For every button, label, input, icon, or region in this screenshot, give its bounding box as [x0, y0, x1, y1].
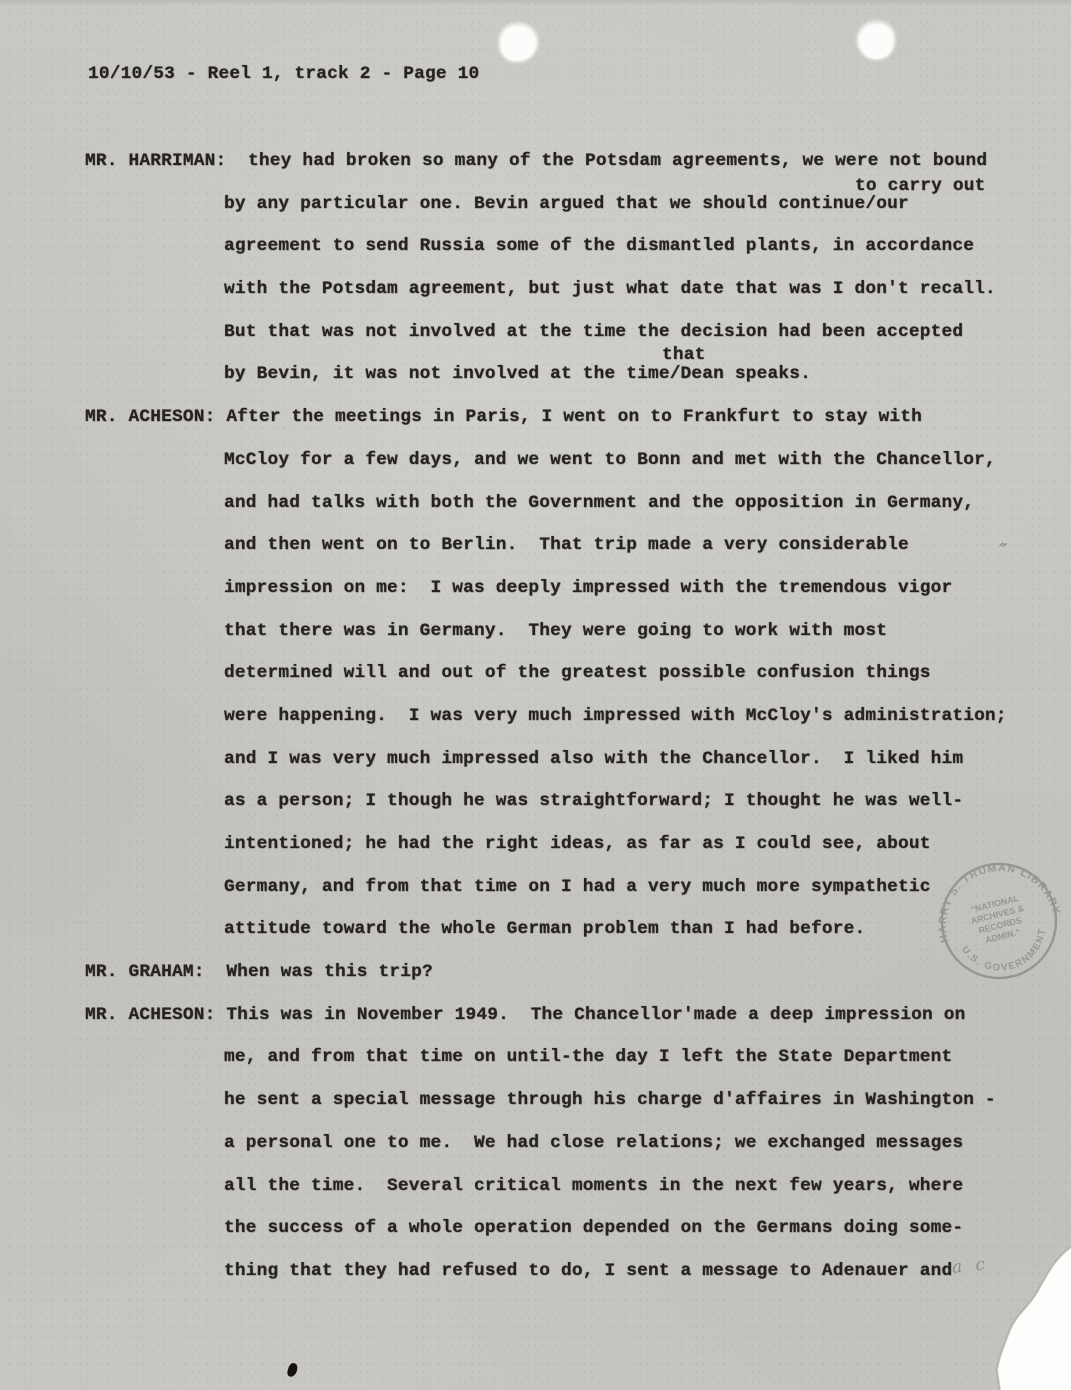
transcript-line: determined will and out of the greatest … — [85, 652, 1045, 695]
transcript-line: with the Potsdam agreement, but just wha… — [85, 268, 1045, 311]
transcript-line: as a person; I though he was straightfor… — [85, 780, 1045, 823]
transcript-line: that there was in Germany. They were goi… — [85, 610, 1045, 653]
typed-insertion-to-carry-out: to carry out — [855, 176, 985, 196]
typed-insertion-that: that — [662, 345, 705, 365]
torn-corner — [871, 1090, 1071, 1390]
transcript-line-speaker: MR. ACHESON: After the meetings in Paris… — [85, 396, 1045, 439]
ink-dot — [286, 1362, 299, 1378]
transcript-line: by Bevin, it was not involved at the tim… — [85, 353, 1045, 396]
transcript-line: attitude toward the whole German problem… — [85, 908, 1045, 951]
transcript-line: me, and from that time on until-the day … — [85, 1036, 1045, 1079]
transcript-line: But that was not involved at the time th… — [85, 311, 1045, 354]
transcript-line: were happening. I was very much impresse… — [85, 695, 1045, 738]
transcript-line: Germany, and from that time on I had a v… — [85, 866, 1045, 909]
transcript-line: intentioned; he had the right ideas, as … — [85, 823, 1045, 866]
punch-hole-left — [500, 24, 537, 61]
punch-hole-right — [858, 22, 894, 59]
transcript-line-speaker: MR. ACHESON: This was in November 1949. … — [85, 994, 1045, 1037]
transcript-line: agreement to send Russia some of the dis… — [85, 225, 1045, 268]
page-header: 10/10/53 - Reel 1, track 2 - Page 10 — [88, 64, 479, 84]
transcript-line: McCloy for a few days, and we went to Bo… — [85, 439, 1045, 482]
transcript-line: and then went on to Berlin. That trip ma… — [85, 524, 1045, 567]
transcript-line: and had talks with both the Government a… — [85, 482, 1045, 525]
transcript-line-speaker: MR. GRAHAM: When was this trip? — [85, 951, 1045, 994]
document-page: 10/10/53 - Reel 1, track 2 - Page 10 MR.… — [0, 0, 1071, 1390]
transcript-line: and I was very much impressed also with … — [85, 738, 1045, 781]
transcript-line: impression on me: I was deeply impressed… — [85, 567, 1045, 610]
